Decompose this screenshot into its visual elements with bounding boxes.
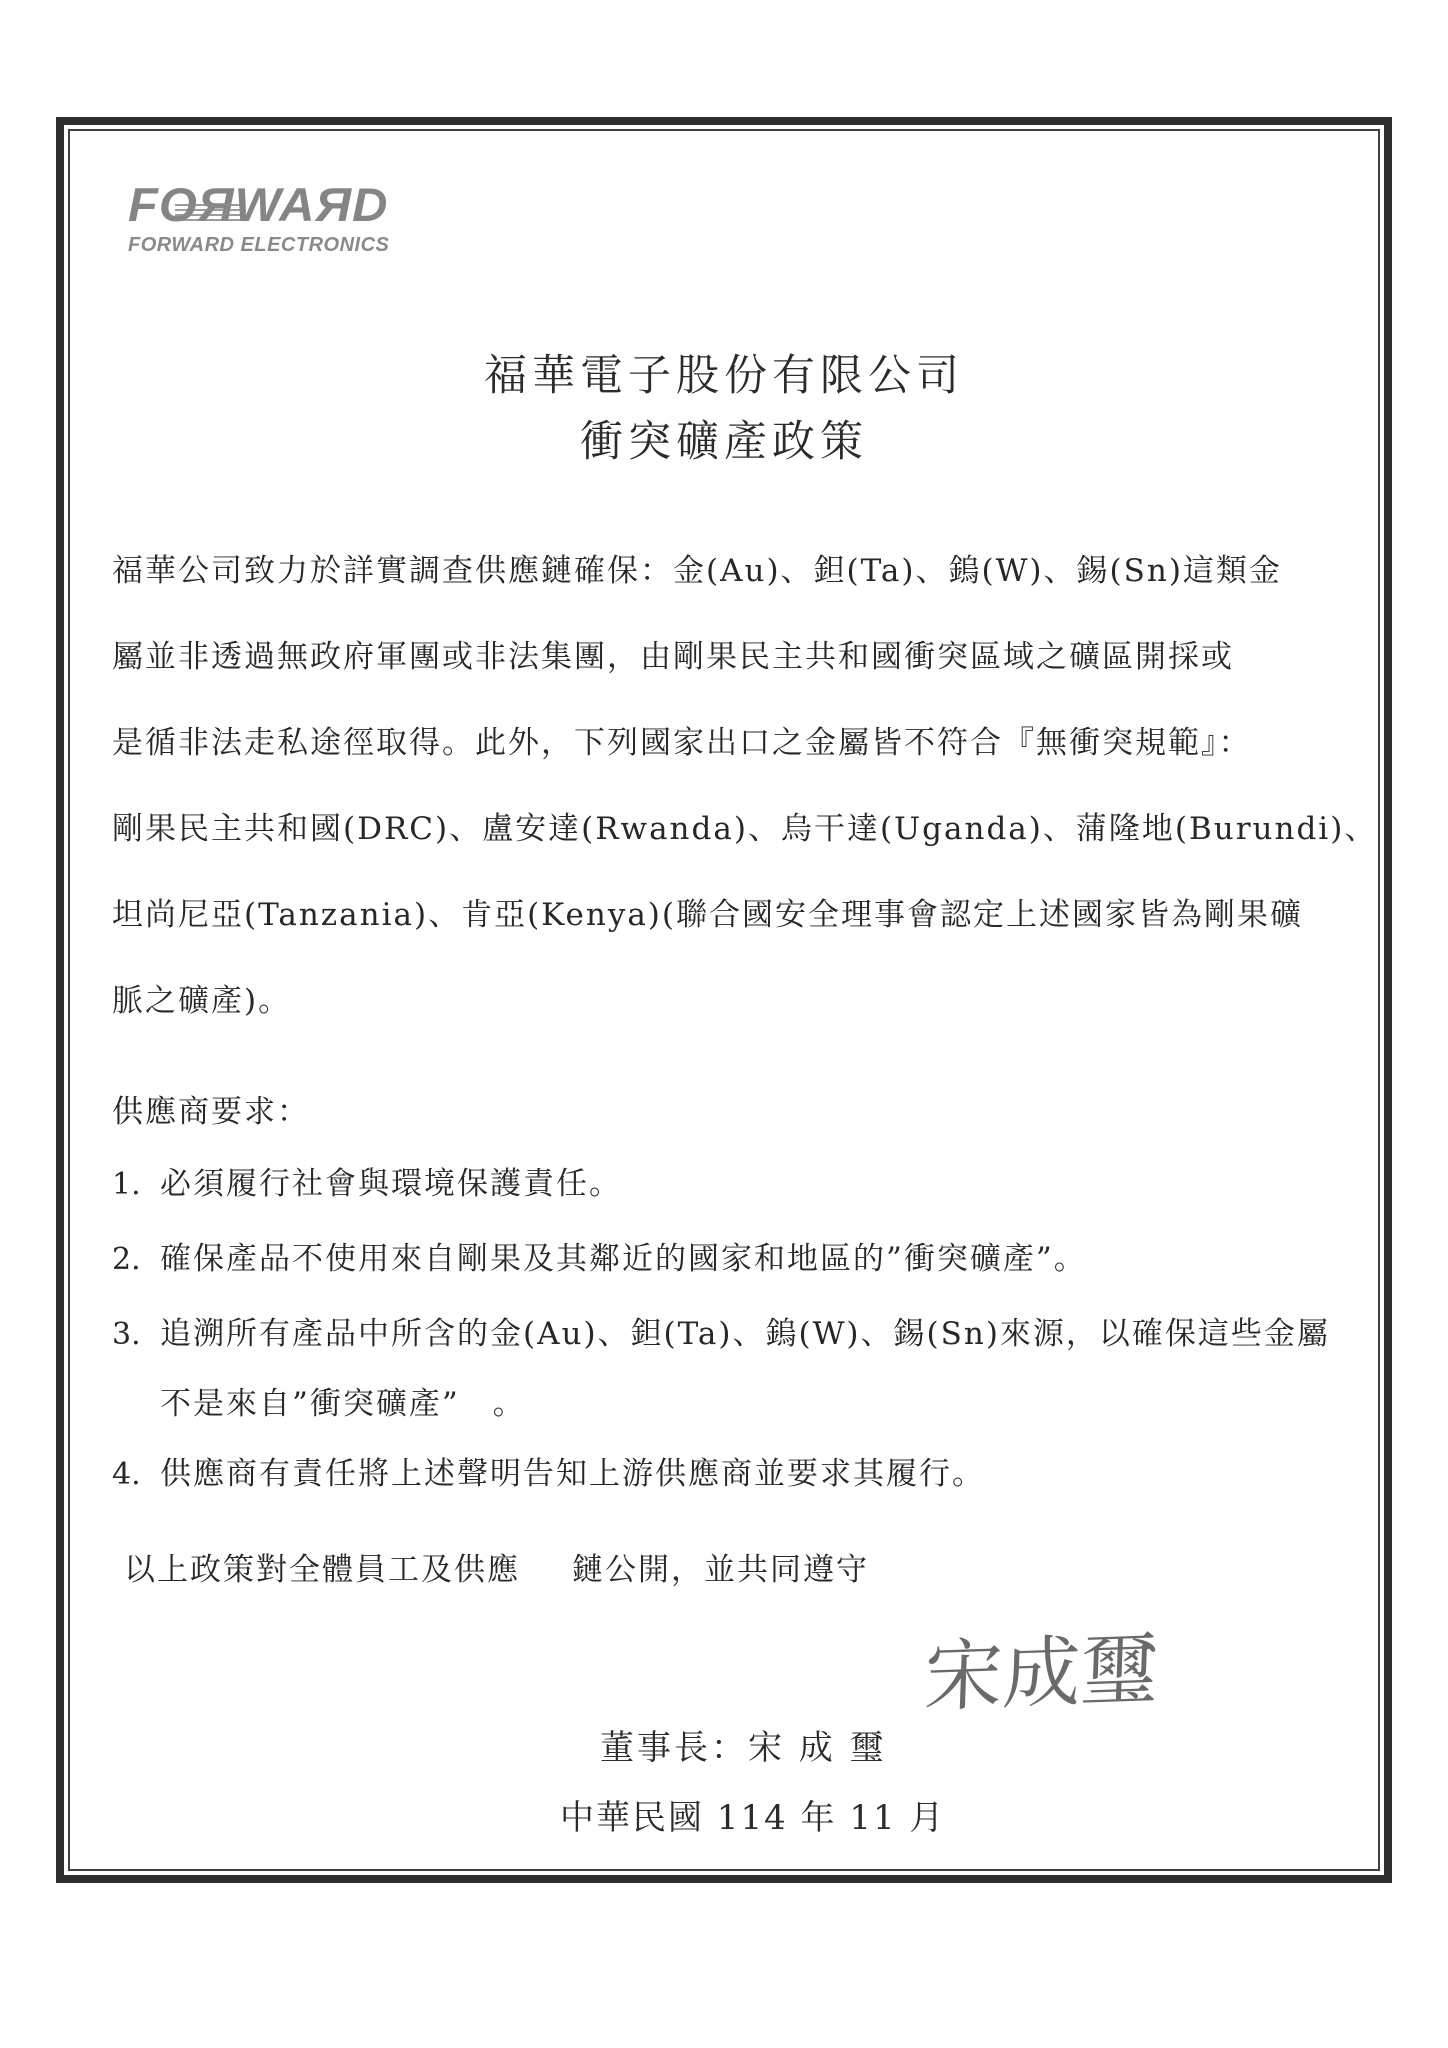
requirement-text: 必須履行社會與環境保護責任。 (160, 1158, 622, 1203)
chairman-signature-label: 董事長：宋 成 璽 (600, 1720, 887, 1769)
requirement-item-3-wrap: 不是來自”衝突礦產” 。 (160, 1378, 526, 1423)
requirement-item-3: 3. 追溯所有產品中所含的金(Au)、鉭(Ta)、鎢(W)、錫(Sn)來源，以確… (112, 1308, 1330, 1353)
chairman-handwritten-signature: 宋成璽 (923, 1628, 1160, 1722)
logo-subtitle: FORWARD ELECTRONICS (128, 235, 389, 255)
requirement-item-4: 4. 供應商有責任將上述聲明告知上游供應商並要求其履行。 (112, 1448, 985, 1493)
policy-line: 剛果民主共和國(DRC)、盧安達(Rwanda)、烏干達(Uganda)、蒲隆地… (112, 786, 1372, 872)
requirements-heading: 供應商要求： (112, 1086, 310, 1131)
policy-line: 屬並非透過無政府軍團或非法集團，由剛果民主共和國衝突區域之礦區開採或 (112, 614, 1372, 700)
closing-part2: 鏈公開，並共同遵守 (572, 1552, 869, 1588)
document-date: 中華民國 114 年 11 月 (560, 1790, 945, 1839)
policy-line: 是循非法走私途徑取得。此外，下列國家出口之金屬皆不符合『無衝突規範』： (112, 700, 1372, 786)
requirement-number: 3. (112, 1317, 160, 1352)
closing-statement: 以上政策對全體員工及供應鏈公開，並共同遵守 (124, 1544, 869, 1589)
requirement-text: 供應商有責任將上述聲明告知上游供應商並要求其履行。 (160, 1448, 985, 1493)
requirement-text: 確保產品不使用來自剛果及其鄰近的國家和地區的”衝突礦產”。 (160, 1233, 1087, 1278)
policy-line: 坦尚尼亞(Tanzania)、肯亞(Kenya)(聯合國安全理事會認定上述國家皆… (112, 872, 1372, 958)
requirement-number: 2. (112, 1242, 160, 1277)
policy-paragraph: 福華公司致力於詳實調查供應鏈確保：金(Au)、鉭(Ta)、鎢(W)、錫(Sn)這… (112, 528, 1372, 1044)
document-page: FOЯWAЯD FORWARD ELECTRONICS 福華電子股份有限公司 衝… (0, 0, 1448, 2048)
requirement-item-1: 1. 必須履行社會與環境保護責任。 (112, 1158, 622, 1203)
requirement-text: 不是來自”衝突礦產” 。 (160, 1378, 526, 1423)
closing-part1: 以上政策對全體員工及供應 (124, 1552, 520, 1588)
logo-wordmark: FOЯWAЯD (128, 181, 400, 228)
document-title-policy: 衝突礦產政策 (0, 408, 1448, 469)
requirement-item-2: 2. 確保產品不使用來自剛果及其鄰近的國家和地區的”衝突礦產”。 (112, 1233, 1087, 1278)
document-title-company: 福華電子股份有限公司 (0, 342, 1448, 403)
requirement-number: 1. (112, 1167, 160, 1202)
logo-speed-lines-icon (175, 204, 241, 221)
requirement-text: 追溯所有產品中所含的金(Au)、鉭(Ta)、鎢(W)、錫(Sn)來源，以確保這些… (160, 1308, 1330, 1353)
policy-line: 脈之礦產)。 (112, 958, 1372, 1044)
policy-line: 福華公司致力於詳實調查供應鏈確保：金(Au)、鉭(Ta)、鎢(W)、錫(Sn)這… (112, 528, 1372, 614)
company-logo: FOЯWAЯD FORWARD ELECTRONICS (128, 181, 389, 255)
requirement-number: 4. (112, 1457, 160, 1492)
